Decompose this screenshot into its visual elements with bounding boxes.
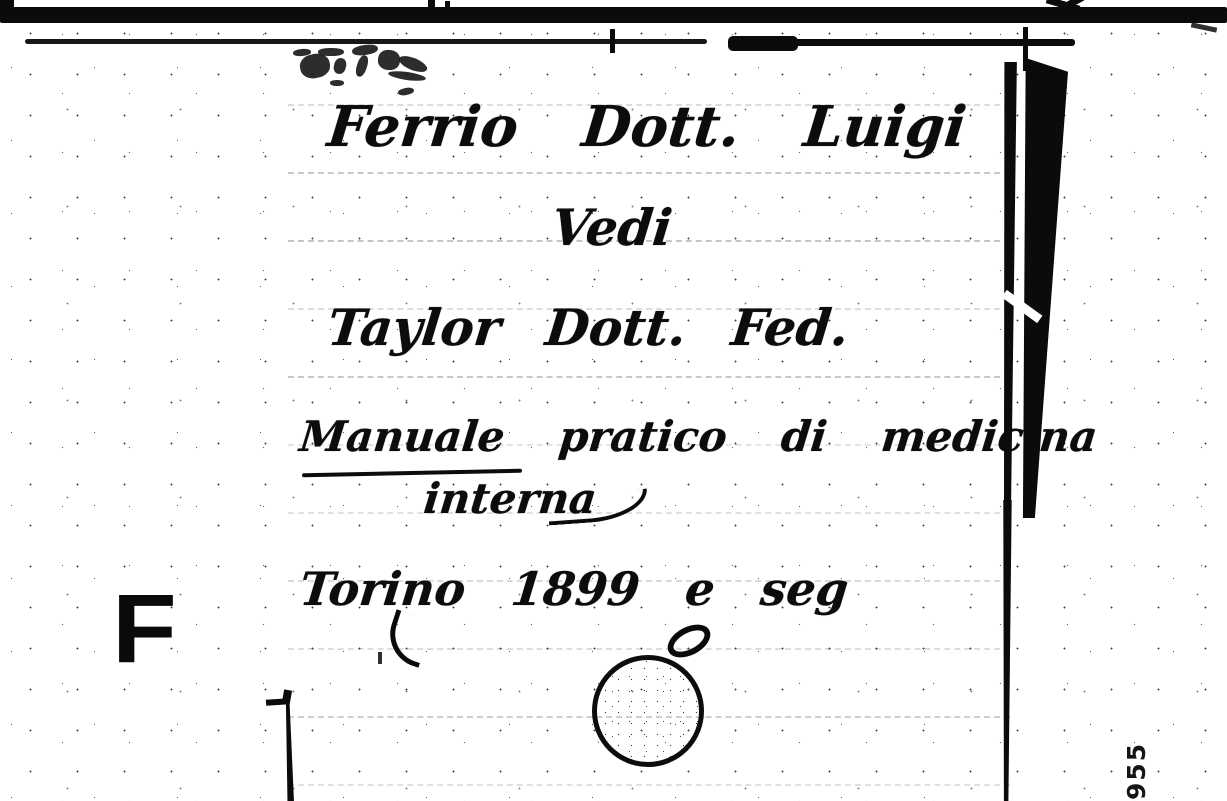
- top-edge-tick: [428, 0, 435, 9]
- imprint-flourish-hook: [381, 609, 433, 668]
- seg-flourish-loop: [662, 618, 716, 664]
- referenced-author: Taylor Dott. Fed.: [325, 298, 852, 357]
- scanned-catalog-card: Ferrio Dott. Luigi Vedi Taylor Dott. Fed…: [0, 0, 1227, 801]
- small-tick: [378, 652, 382, 664]
- rule-line: [288, 172, 1010, 174]
- imprint: Torino 1899 e seg: [297, 562, 851, 616]
- interna-flourish: [547, 489, 649, 526]
- cross-reference: Vedi: [549, 198, 675, 257]
- rule-line: [288, 376, 1010, 378]
- stamp-circle: [592, 655, 704, 767]
- corner-slash-mark: [1191, 22, 1217, 32]
- rule-line: [288, 784, 1010, 786]
- heading-author: Ferrio Dott. Luigi: [325, 94, 970, 160]
- card-top-line-left: [25, 39, 707, 44]
- card-top-line-blot: [728, 36, 798, 51]
- rule-line: [288, 512, 1010, 514]
- title-line-1: Manuale pratico di medicina: [297, 412, 1099, 461]
- top-line-tick: [610, 29, 615, 53]
- card-top-line-right: [792, 39, 1075, 46]
- section-letter: F: [112, 580, 175, 678]
- top-edge-bar: [0, 7, 1227, 23]
- side-number: 955: [1124, 722, 1162, 800]
- top-edge-tick: [445, 1, 450, 9]
